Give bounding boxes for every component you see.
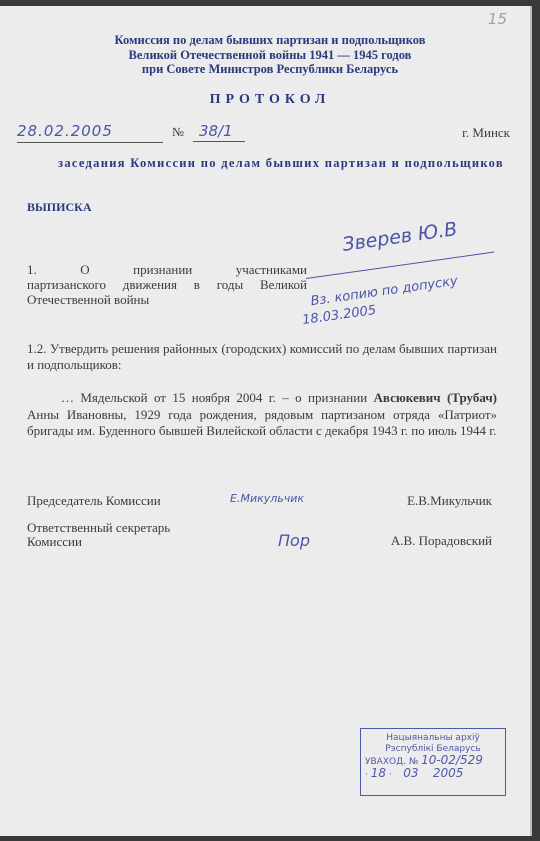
decision-paragraph: … Мядельской от 15 ноября 2004 г. – о пр… — [27, 390, 497, 440]
annotation-line — [306, 252, 494, 279]
secretary-label: Ответственный секретарь Комиссии — [27, 521, 170, 549]
stamp-entry-number: 10-02/529 — [421, 753, 483, 767]
decision-person-name: Авсюкевич (Трубач) — [374, 390, 497, 405]
annotation-note: Вз. копию по допуску — [310, 274, 459, 309]
page-edge — [530, 6, 532, 836]
handwritten-annotation: Зверев Ю.В Вз. копию по допуску 18.03.20… — [300, 222, 500, 342]
document-header: Комиссия по делам бывших партизан и подп… — [0, 33, 540, 77]
extract-label: ВЫПИСКА — [27, 200, 92, 215]
decision-suffix: Анны Ивановны, 1929 года рождения, рядов… — [27, 407, 497, 439]
annotation-name: Зверев Ю.В — [341, 218, 459, 256]
chair-label: Председатель Комиссии — [27, 494, 161, 508]
stamp-date: · 18 · 03 2005 — [361, 768, 505, 781]
item-1-first-line: 1. О признании участниками — [27, 262, 307, 277]
item-1-2: 1.2. Утвердить решения районных (городск… — [27, 341, 497, 373]
item-1-rest: партизанского движения в годы Великой От… — [27, 277, 307, 307]
document-page: 15 Комиссия по делам бывших партизан и п… — [0, 6, 532, 836]
secretary-label-line-1: Ответственный секретарь — [27, 521, 170, 535]
decision-prefix: … Мядельской от 15 ноября 2004 г. – о пр… — [61, 390, 374, 405]
header-line-3: при Совете Министров Республики Беларусь — [0, 62, 540, 77]
protocol-number: 38/1 — [193, 122, 245, 142]
item-1-word: признании — [133, 262, 192, 277]
protocol-date: 28.02.2005 — [17, 122, 163, 143]
secretary-label-line-2: Комиссии — [27, 535, 170, 549]
secretary-signature: Пор — [278, 531, 310, 550]
stamp-date-month: 03 — [403, 766, 418, 780]
city: г. Минск — [462, 125, 510, 141]
stamp-date-day: 18 — [371, 766, 386, 780]
page-number: 15 — [488, 10, 507, 28]
item-1-word: 1. — [27, 262, 37, 277]
secretary-name: А.В. Порадовский — [391, 534, 492, 548]
item-1-word: участниками — [236, 262, 307, 277]
item-1: 1. О признании участниками партизанского… — [27, 262, 307, 307]
document-subtitle: заседания Комиссии по делам бывших парти… — [58, 156, 504, 171]
number-sign: № — [172, 125, 184, 140]
header-line-2: Великой Отечественной войны 1941 — 1945 … — [0, 48, 540, 63]
chair-name: Е.В.Микульчик — [407, 494, 492, 508]
document-title: ПРОТОКОЛ — [0, 92, 540, 108]
archive-stamp: Нацыянальны архіў Рэспублікі Беларусь УВ… — [360, 728, 506, 796]
item-1-word: О — [80, 262, 89, 277]
header-line-1: Комиссия по делам бывших партизан и подп… — [0, 33, 540, 48]
stamp-line-1: Нацыянальны архіў — [361, 733, 505, 744]
stamp-date-year: 2005 — [433, 766, 464, 780]
chair-signature: Е.Микульчик — [230, 492, 304, 505]
